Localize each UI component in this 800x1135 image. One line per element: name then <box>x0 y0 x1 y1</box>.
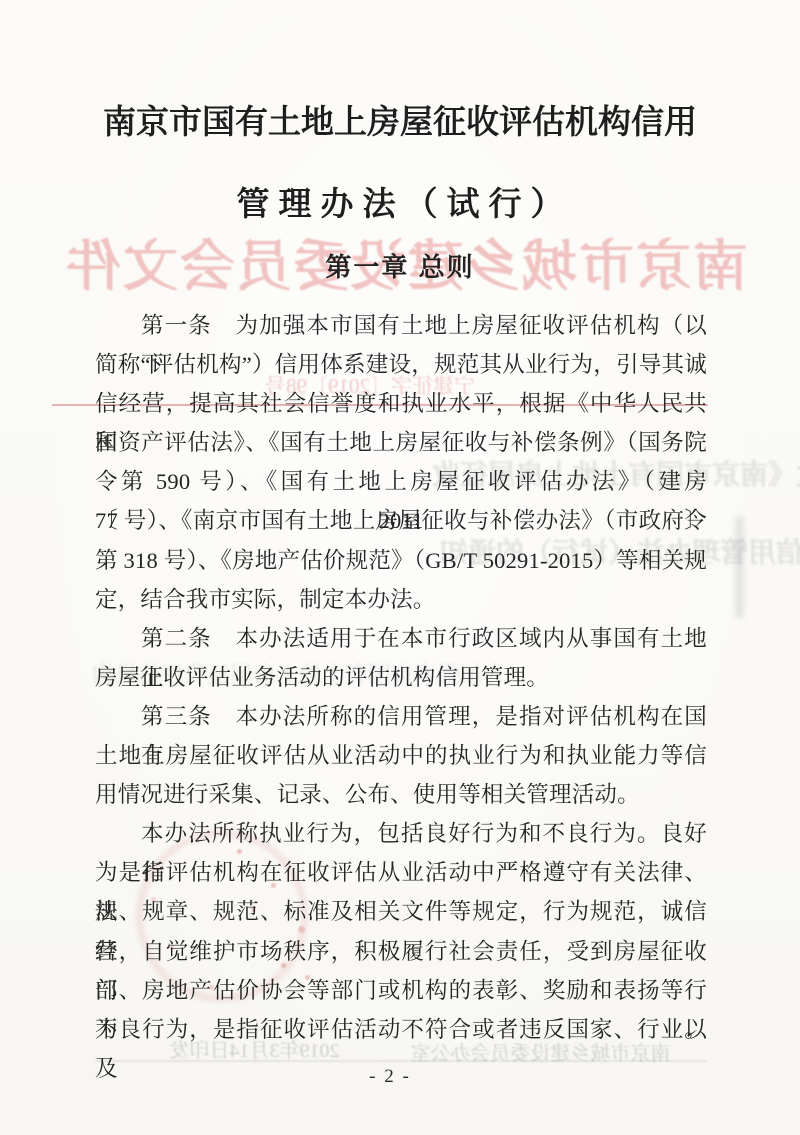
body-line: 第一条 为加强本市国有土地上房屋征收评估机构（以下 <box>95 306 707 345</box>
chapter-heading: 第一章 总则 <box>0 247 800 284</box>
body-line: 令第 590 号）、《国有土地上房屋征收评估办法》（建房〔2011〕 <box>95 462 707 501</box>
body-line: 国资产评估法》、《国有土地上房屋征收与补偿条例》（国务院 <box>95 423 707 462</box>
body-line: 规、规章、规范、标准及相关文件等规定，行为规范，诚信经 <box>95 892 707 931</box>
body-line: 定，结合我市实际，制定本办法。 <box>95 580 707 619</box>
body-line: 为是指评估机构在征收评估从业活动中严格遵守有关法律、法 <box>95 853 707 892</box>
body-line: 用情况进行采集、记录、公布、使用等相关管理活动。 <box>95 775 707 814</box>
body-line: 土地上房屋征收评估从业活动中的执业行为和执业能力等信 <box>95 736 707 775</box>
body-line: 77 号）、《南京市国有土地上房屋征收与补偿办法》（市政府令 <box>95 501 707 540</box>
document-title-line2: 管理办法（试行） <box>0 178 800 225</box>
body-line: 第三条 本办法所称的信用管理，是指对评估机构在国有 <box>95 697 707 736</box>
scanned-document-page: 南京市城乡建设委员会文件 宁建征字〔2019〕98号 关于印发《南京市国有土地上… <box>0 0 800 1135</box>
body-line: 本办法所称执业行为，包括良好行为和不良行为。良好行 <box>95 814 707 853</box>
page-number: - 2 - <box>340 1066 440 1088</box>
body-line: 第 318 号）、《房地产估价规范》（GB/T 50291-2015）等相关规 <box>95 541 707 580</box>
body-line: 门、房地产估价协会等部门或机构的表彰、奖励和表扬等行为。 <box>95 971 707 1010</box>
body-line: 简称“评估机构”）信用体系建设，规范其从业行为，引导其诚 <box>95 345 707 384</box>
body-line: 房屋征收评估业务活动的评估机构信用管理。 <box>95 658 707 697</box>
body-text: 第一条 为加强本市国有土地上房屋征收评估机构（以下简称“评估机构”）信用体系建设… <box>95 306 707 1049</box>
body-line: 第二条 本办法适用于在本市行政区域内从事国有土地上 <box>95 619 707 658</box>
body-line: 信经营，提高其社会信誉度和执业水平，根据《中华人民共和 <box>95 384 707 423</box>
document-title-line1: 南京市国有土地上房屋征收评估机构信用 <box>0 96 800 143</box>
body-line: 不良行为，是指征收评估活动不符合或者违反国家、行业以及 <box>95 1010 707 1049</box>
document-content: 南京市国有土地上房屋征收评估机构信用 管理办法（试行） 第一章 总则 第一条 为… <box>0 0 800 1135</box>
body-line: 营，自觉维护市场秩序，积极履行社会责任，受到房屋征收部 <box>95 932 707 971</box>
